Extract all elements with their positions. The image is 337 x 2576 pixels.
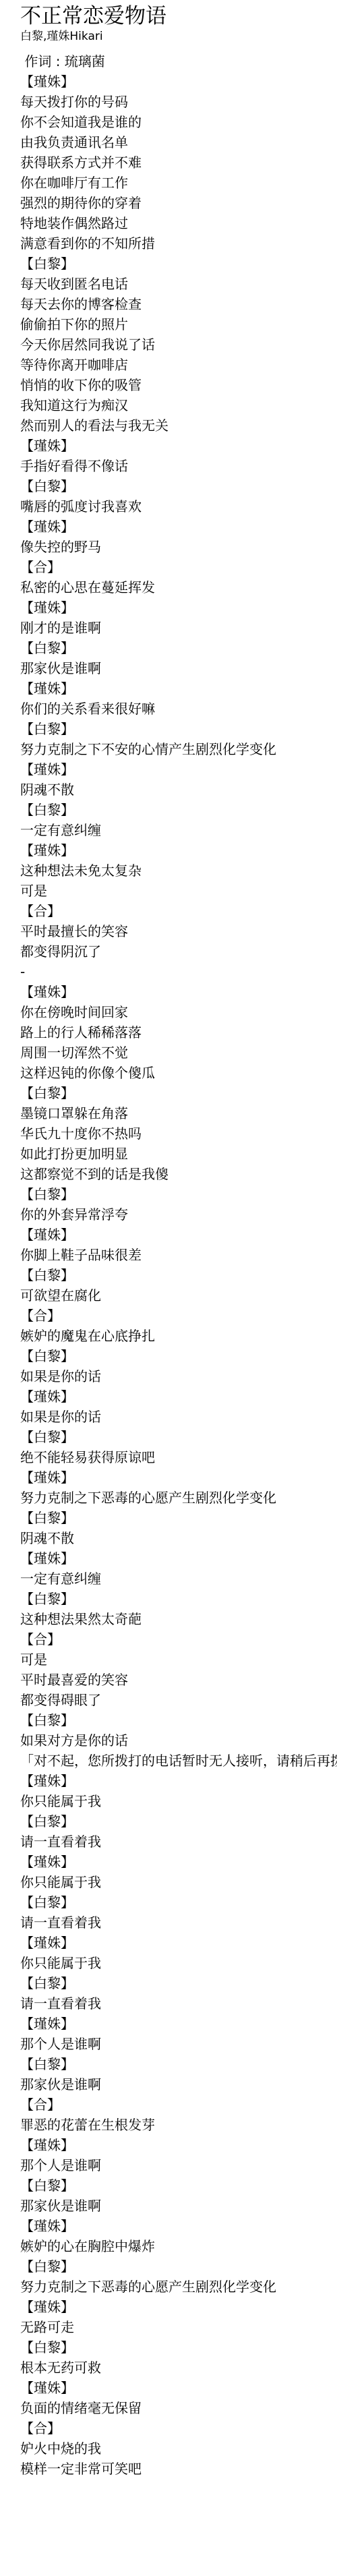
lyric-line: 【合】 [20, 557, 337, 577]
lyric-line: 这种想法未免太复杂 [20, 860, 337, 881]
lyric-line: 【瑾姝】 [20, 1467, 337, 1488]
lyric-line: 都变得阴沉了 [20, 941, 337, 962]
lyric-line: 每天去你的博客检查 [20, 294, 337, 314]
lyric-line: 我知道这行为痴汉 [20, 395, 337, 415]
lyric-line: 那个人是谁啊 [20, 2155, 337, 2175]
lyric-line: 阴魂不散 [20, 1528, 337, 1548]
lyric-line: 特地装作偶然路过 [20, 213, 337, 233]
lyric-line: 可是 [20, 881, 337, 901]
lyric-line: 【瑾姝】 [20, 1771, 337, 1791]
lyric-line: 【白黎】 [20, 638, 337, 658]
lyric-line: 你脚上鞋子品味很差 [20, 1245, 337, 1265]
lyric-line: 如此打扮更加明显 [20, 1144, 337, 1164]
lyric-line: 这样迟钝的你像个傻瓜 [20, 1063, 337, 1083]
lyric-line: 如果是你的话 [20, 1407, 337, 1427]
lyric-line: 【白黎】 [20, 2054, 337, 2074]
lyric-line: 【合】 [20, 2418, 337, 2438]
song-title: 不正常恋爱物语 [20, 4, 337, 28]
lyric-line: 【瑾姝】 [20, 1933, 337, 1953]
lyric-line: 【瑾姝】 [20, 840, 337, 860]
lyric-line: 【白黎】 [20, 1184, 337, 1204]
lyric-line: 【合】 [20, 2095, 337, 2115]
lyric-line: 周围一切浑然不觉 [20, 1043, 337, 1063]
lyric-line: 妒火中烧的我 [20, 2438, 337, 2459]
lyric-line: 那家伙是谁啊 [20, 658, 337, 678]
lyric-line: 你们的关系看来很好嘛 [20, 699, 337, 719]
lyric-line: 【白黎】 [20, 1973, 337, 1993]
lyric-line: 平时最擅长的笑容 [20, 921, 337, 941]
lyric-line: 手指好看得不像话 [20, 456, 337, 476]
lyric-line: 可欲望在腐化 [20, 1285, 337, 1306]
lyric-line: 努力克制之下不安的心情产生剧烈化学变化 [20, 739, 337, 759]
lyric-line: 刚才的是谁啊 [20, 618, 337, 638]
lyric-line: 那个人是谁啊 [20, 2034, 337, 2054]
lyric-line: 【白黎】 [20, 1083, 337, 1103]
lyric-line: 【白黎】 [20, 254, 337, 274]
lyric-line: 努力克制之下恶毒的心愿产生剧烈化学变化 [20, 1488, 337, 1508]
lyric-line: 然而别人的看法与我无关 [20, 415, 337, 436]
lyric-line: 【白黎】 [20, 1710, 337, 1730]
lyric-line: 你只能属于我 [20, 1791, 337, 1811]
lyric-line: 罪恶的花蕾在生根发芽 [20, 2115, 337, 2135]
lyric-line: 像失控的野马 [20, 537, 337, 557]
lyric-line: 一定有意纠缠 [20, 820, 337, 840]
lyric-line: 你在咖啡厅有工作 [20, 173, 337, 193]
lyric-line: 【白黎】 [20, 719, 337, 739]
lyric-line: 嘴唇的弧度讨我喜欢 [20, 496, 337, 517]
lyrics-page: 不正常恋爱物语 白黎,瑾姝Hikari 作词 : 琉璃菌【瑾姝】每天拨打你的号码… [0, 0, 337, 2576]
lyric-line: 你的外套异常浮夸 [20, 1204, 337, 1225]
lyric-line: 努力克制之下恶毒的心愿产生剧烈化学变化 [20, 2277, 337, 2297]
lyric-line: 【合】 [20, 1306, 337, 1326]
lyric-line: 阴魂不散 [20, 780, 337, 800]
lyric-line: 【瑾姝】 [20, 2014, 337, 2034]
lyrics-container: 作词 : 琉璃菌【瑾姝】每天拨打你的号码你不会知道我是谁的由我负责通讯名单获得联… [20, 51, 337, 2479]
lyric-line: 【瑾姝】 [20, 982, 337, 1002]
lyric-line: 都变得碍眼了 [20, 1690, 337, 1710]
lyric-line: 【合】 [20, 1629, 337, 1649]
lyric-line: 【瑾姝】 [20, 1386, 337, 1407]
lyric-line: 这都察觉不到的话是我傻 [20, 1164, 337, 1184]
lyric-line: 嫉妒的心在胸腔中爆炸 [20, 2236, 337, 2256]
lyric-line: 墨镜口罩躲在角落 [20, 1103, 337, 1123]
lyric-line: 平时最喜爱的笑容 [20, 1670, 337, 1690]
lyric-line: 你只能属于我 [20, 1872, 337, 1892]
lyric-line: 请一直看着我 [20, 1832, 337, 1852]
lyric-line: 【瑾姝】 [20, 1225, 337, 1245]
lyric-line: 【白黎】 [20, 1427, 337, 1447]
lyric-line: 【瑾姝】 [20, 1548, 337, 1569]
lyric-line: 【白黎】 [20, 2175, 337, 2196]
lyric-line: 【瑾姝】 [20, 2297, 337, 2317]
lyric-line: 【瑾姝】 [20, 597, 337, 618]
lyric-line: 【白黎】 [20, 1265, 337, 1285]
lyric-line: 如果对方是你的话 [20, 1730, 337, 1751]
lyric-line: 强烈的期待你的穿着 [20, 193, 337, 213]
lyric-line: 【白黎】 [20, 1589, 337, 1609]
lyric-line: 【瑾姝】 [20, 517, 337, 537]
song-artists: 白黎,瑾姝Hikari [20, 28, 337, 45]
lyric-line: 那家伙是谁啊 [20, 2074, 337, 2095]
lyric-line: 偷偷拍下你的照片 [20, 314, 337, 334]
lyric-line: 如果是你的话 [20, 1366, 337, 1386]
lyric-line: 负面的情绪毫无保留 [20, 2398, 337, 2418]
lyric-line: 悄悄的收下你的吸管 [20, 375, 337, 395]
lyric-line: 路上的行人稀稀落落 [20, 1022, 337, 1043]
lyric-line: 等待你离开咖啡店 [20, 355, 337, 375]
lyric-line: 【瑾姝】 [20, 2216, 337, 2236]
lyric-line: 模样一定非常可笑吧 [20, 2459, 337, 2479]
lyric-line: 每天拨打你的号码 [20, 92, 337, 112]
lyric-line: 嫉妒的魔鬼在心底挣扎 [20, 1326, 337, 1346]
lyric-line: 绝不能轻易获得原谅吧 [20, 1447, 337, 1467]
lyric-line: 每天收到匿名电话 [20, 274, 337, 294]
lyric-line: - [20, 962, 337, 982]
lyric-line: 【白黎】 [20, 2256, 337, 2277]
lyric-line: 【瑾姝】 [20, 2135, 337, 2155]
lyric-line: 【白黎】 [20, 800, 337, 820]
lyric-line: 今天你居然同我说了话 [20, 334, 337, 355]
lyric-line: 这种想法果然太奇葩 [20, 1609, 337, 1629]
lyric-line: 【白黎】 [20, 2337, 337, 2358]
lyric-line: 无路可走 [20, 2317, 337, 2337]
lyric-line: 你只能属于我 [20, 1953, 337, 1973]
lyric-line: 【瑾姝】 [20, 71, 337, 92]
lyric-line: 【白黎】 [20, 1508, 337, 1528]
lyric-line: 一定有意纠缠 [20, 1569, 337, 1589]
lyric-line: 根本无药可救 [20, 2358, 337, 2378]
lyric-line: 【瑾姝】 [20, 1852, 337, 1872]
lyric-line: 【白黎】 [20, 1892, 337, 1912]
lyric-line: 【瑾姝】 [20, 2378, 337, 2398]
lyric-line: 【瑾姝】 [20, 759, 337, 780]
lyric-line: 私密的心思在蔓延挥发 [20, 577, 337, 597]
lyric-line: 获得联系方式并不难 [20, 152, 337, 173]
lyric-line: 由我负责通讯名单 [20, 132, 337, 152]
lyric-line: 【合】 [20, 901, 337, 921]
lyric-line: 「对不起，您所拨打的电话暂时无人接听，请稍后再拨」 [20, 1751, 337, 1771]
lyric-line: 你不会知道我是谁的 [20, 112, 337, 132]
lyric-line: 【白黎】 [20, 1346, 337, 1366]
lyric-line: 【瑾姝】 [20, 678, 337, 699]
lyric-line: 可是 [20, 1649, 337, 1670]
lyric-line: 【瑾姝】 [20, 436, 337, 456]
lyric-line: 请一直看着我 [20, 1993, 337, 2014]
lyric-line: 【白黎】 [20, 1811, 337, 1832]
lyric-line: 满意看到你的不知所措 [20, 233, 337, 254]
lyric-line: 华氏九十度你不热吗 [20, 1123, 337, 1144]
lyric-line: 请一直看着我 [20, 1912, 337, 1933]
lyric-line: 作词 : 琉璃菌 [20, 51, 337, 71]
lyric-line: 你在傍晚时间回家 [20, 1002, 337, 1022]
lyric-line: 【白黎】 [20, 476, 337, 496]
lyric-line: 那家伙是谁啊 [20, 2196, 337, 2216]
